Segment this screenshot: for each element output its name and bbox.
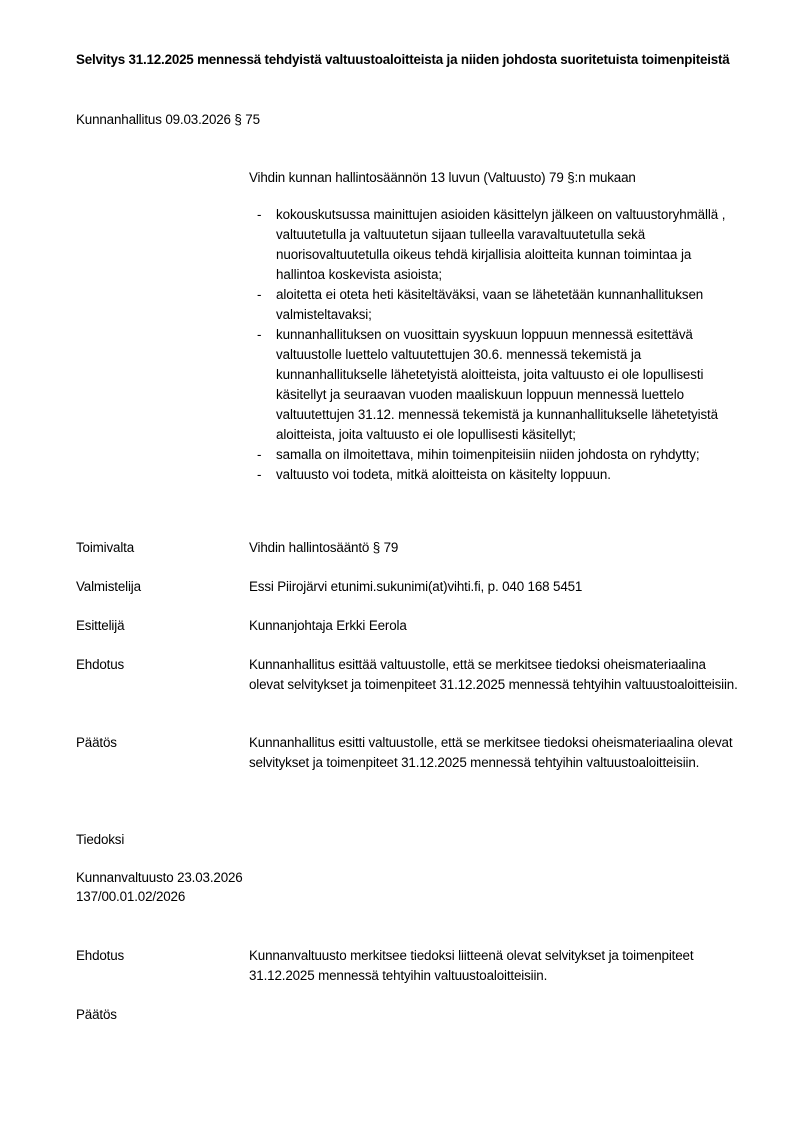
bullet-item: -kunnanhallituksen on vuosittain syyskuu…: [249, 325, 739, 445]
document-title: Selvitys 31.12.2025 mennessä tehdyistä v…: [76, 50, 736, 70]
field-value-esittelija: Kunnanjohtaja Erkki Eerola: [249, 616, 749, 636]
dash-icon: -: [257, 205, 261, 225]
field-value-ehdotus: Kunnanhallitus esittää valtuustolle, ett…: [249, 655, 739, 695]
document-page: Selvitys 31.12.2025 mennessä tehdyistä v…: [0, 0, 794, 1122]
field-label-esittelija: Esittelijä: [76, 616, 124, 636]
field-value-toimivalta: Vihdin hallintosääntö § 79: [249, 538, 749, 558]
field-label-ehdotus: Ehdotus: [76, 655, 124, 675]
tiedoksi-label: Tiedoksi: [76, 830, 124, 850]
bullet-item: -kokouskutsussa mainittujen asioiden käs…: [249, 205, 739, 285]
field-label-toimivalta: Toimivalta: [76, 538, 134, 558]
dash-icon: -: [257, 445, 261, 465]
dash-icon: -: [257, 285, 261, 305]
council-field-label-paatos: Päätös: [76, 1005, 117, 1025]
dash-icon: -: [257, 465, 261, 485]
meeting-header: Kunnanhallitus 09.03.2026 § 75: [76, 110, 260, 130]
bullet-item: -valtuusto voi todeta, mitkä aloitteista…: [249, 465, 739, 485]
field-label-paatos: Päätös: [76, 733, 117, 753]
intro-text: Vihdin kunnan hallintosäännön 13 luvun (…: [249, 168, 636, 188]
field-value-valmistelija: Essi Piirojärvi etunimi.sukunimi(at)viht…: [249, 577, 749, 597]
council-field-label-ehdotus: Ehdotus: [76, 946, 124, 966]
field-value-paatos: Kunnanhallitus esitti valtuustolle, että…: [249, 733, 739, 773]
dash-icon: -: [257, 325, 261, 345]
bullet-item: -aloitetta ei oteta heti käsiteltäväksi,…: [249, 285, 739, 325]
regulation-bullet-list: -kokouskutsussa mainittujen asioiden käs…: [249, 205, 739, 485]
council-field-value-ehdotus: Kunnanvaltuusto merkitsee tiedoksi liitt…: [249, 946, 719, 986]
council-meeting-header: Kunnanvaltuusto 23.03.2026: [76, 868, 243, 888]
field-label-valmistelija: Valmistelija: [76, 577, 141, 597]
bullet-item: -samalla on ilmoitettava, mihin toimenpi…: [249, 445, 739, 465]
council-reference: 137/00.01.02/2026: [76, 887, 185, 907]
